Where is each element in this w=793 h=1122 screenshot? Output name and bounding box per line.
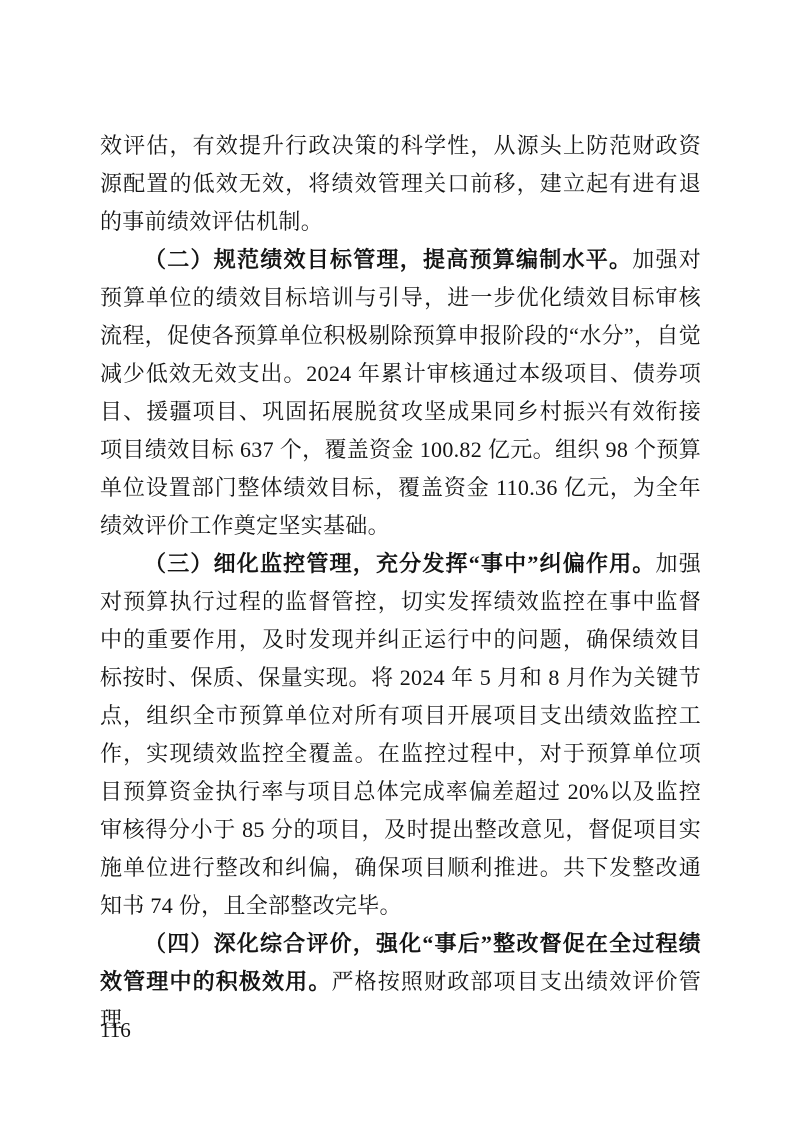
page-number: 116 [100, 1015, 131, 1045]
paragraph-text: 加强对预算执行过程的监督管控，切实发挥绩效监控在事中监督中的重要作用，及时发现并… [100, 551, 701, 918]
paragraph-text: 加强对预算单位的绩效目标培训与引导，进一步优化绩效目标审核流程，促使各预算单位积… [100, 247, 701, 538]
paragraph-continued: 效评估，有效提升行政决策的科学性，从源头上防范财政资源配置的低效无效，将绩效管理… [100, 127, 701, 241]
paragraph-section-4: （四）深化综合评价，强化“事后”整改督促在全过程绩效管理中的积极效用。严格按照财… [100, 925, 701, 1039]
paragraph-text: 效评估，有效提升行政决策的科学性，从源头上防范财政资源配置的低效无效，将绩效管理… [100, 133, 701, 234]
document-page: 效评估，有效提升行政决策的科学性，从源头上防范财政资源配置的低效无效，将绩效管理… [0, 0, 793, 1122]
paragraph-section-3: （三）细化监控管理，充分发挥“事中”纠偏作用。加强对预算执行过程的监督管控，切实… [100, 545, 701, 925]
paragraph-section-2: （二）规范绩效目标管理，提高预算编制水平。加强对预算单位的绩效目标培训与引导，进… [100, 241, 701, 545]
page-body-text: 效评估，有效提升行政决策的科学性，从源头上防范财政资源配置的低效无效，将绩效管理… [100, 127, 701, 1039]
section-2-heading: （二）规范绩效目标管理，提高预算编制水平。 [144, 247, 632, 272]
section-3-heading: （三）细化监控管理，充分发挥“事中”纠偏作用。 [144, 551, 656, 576]
